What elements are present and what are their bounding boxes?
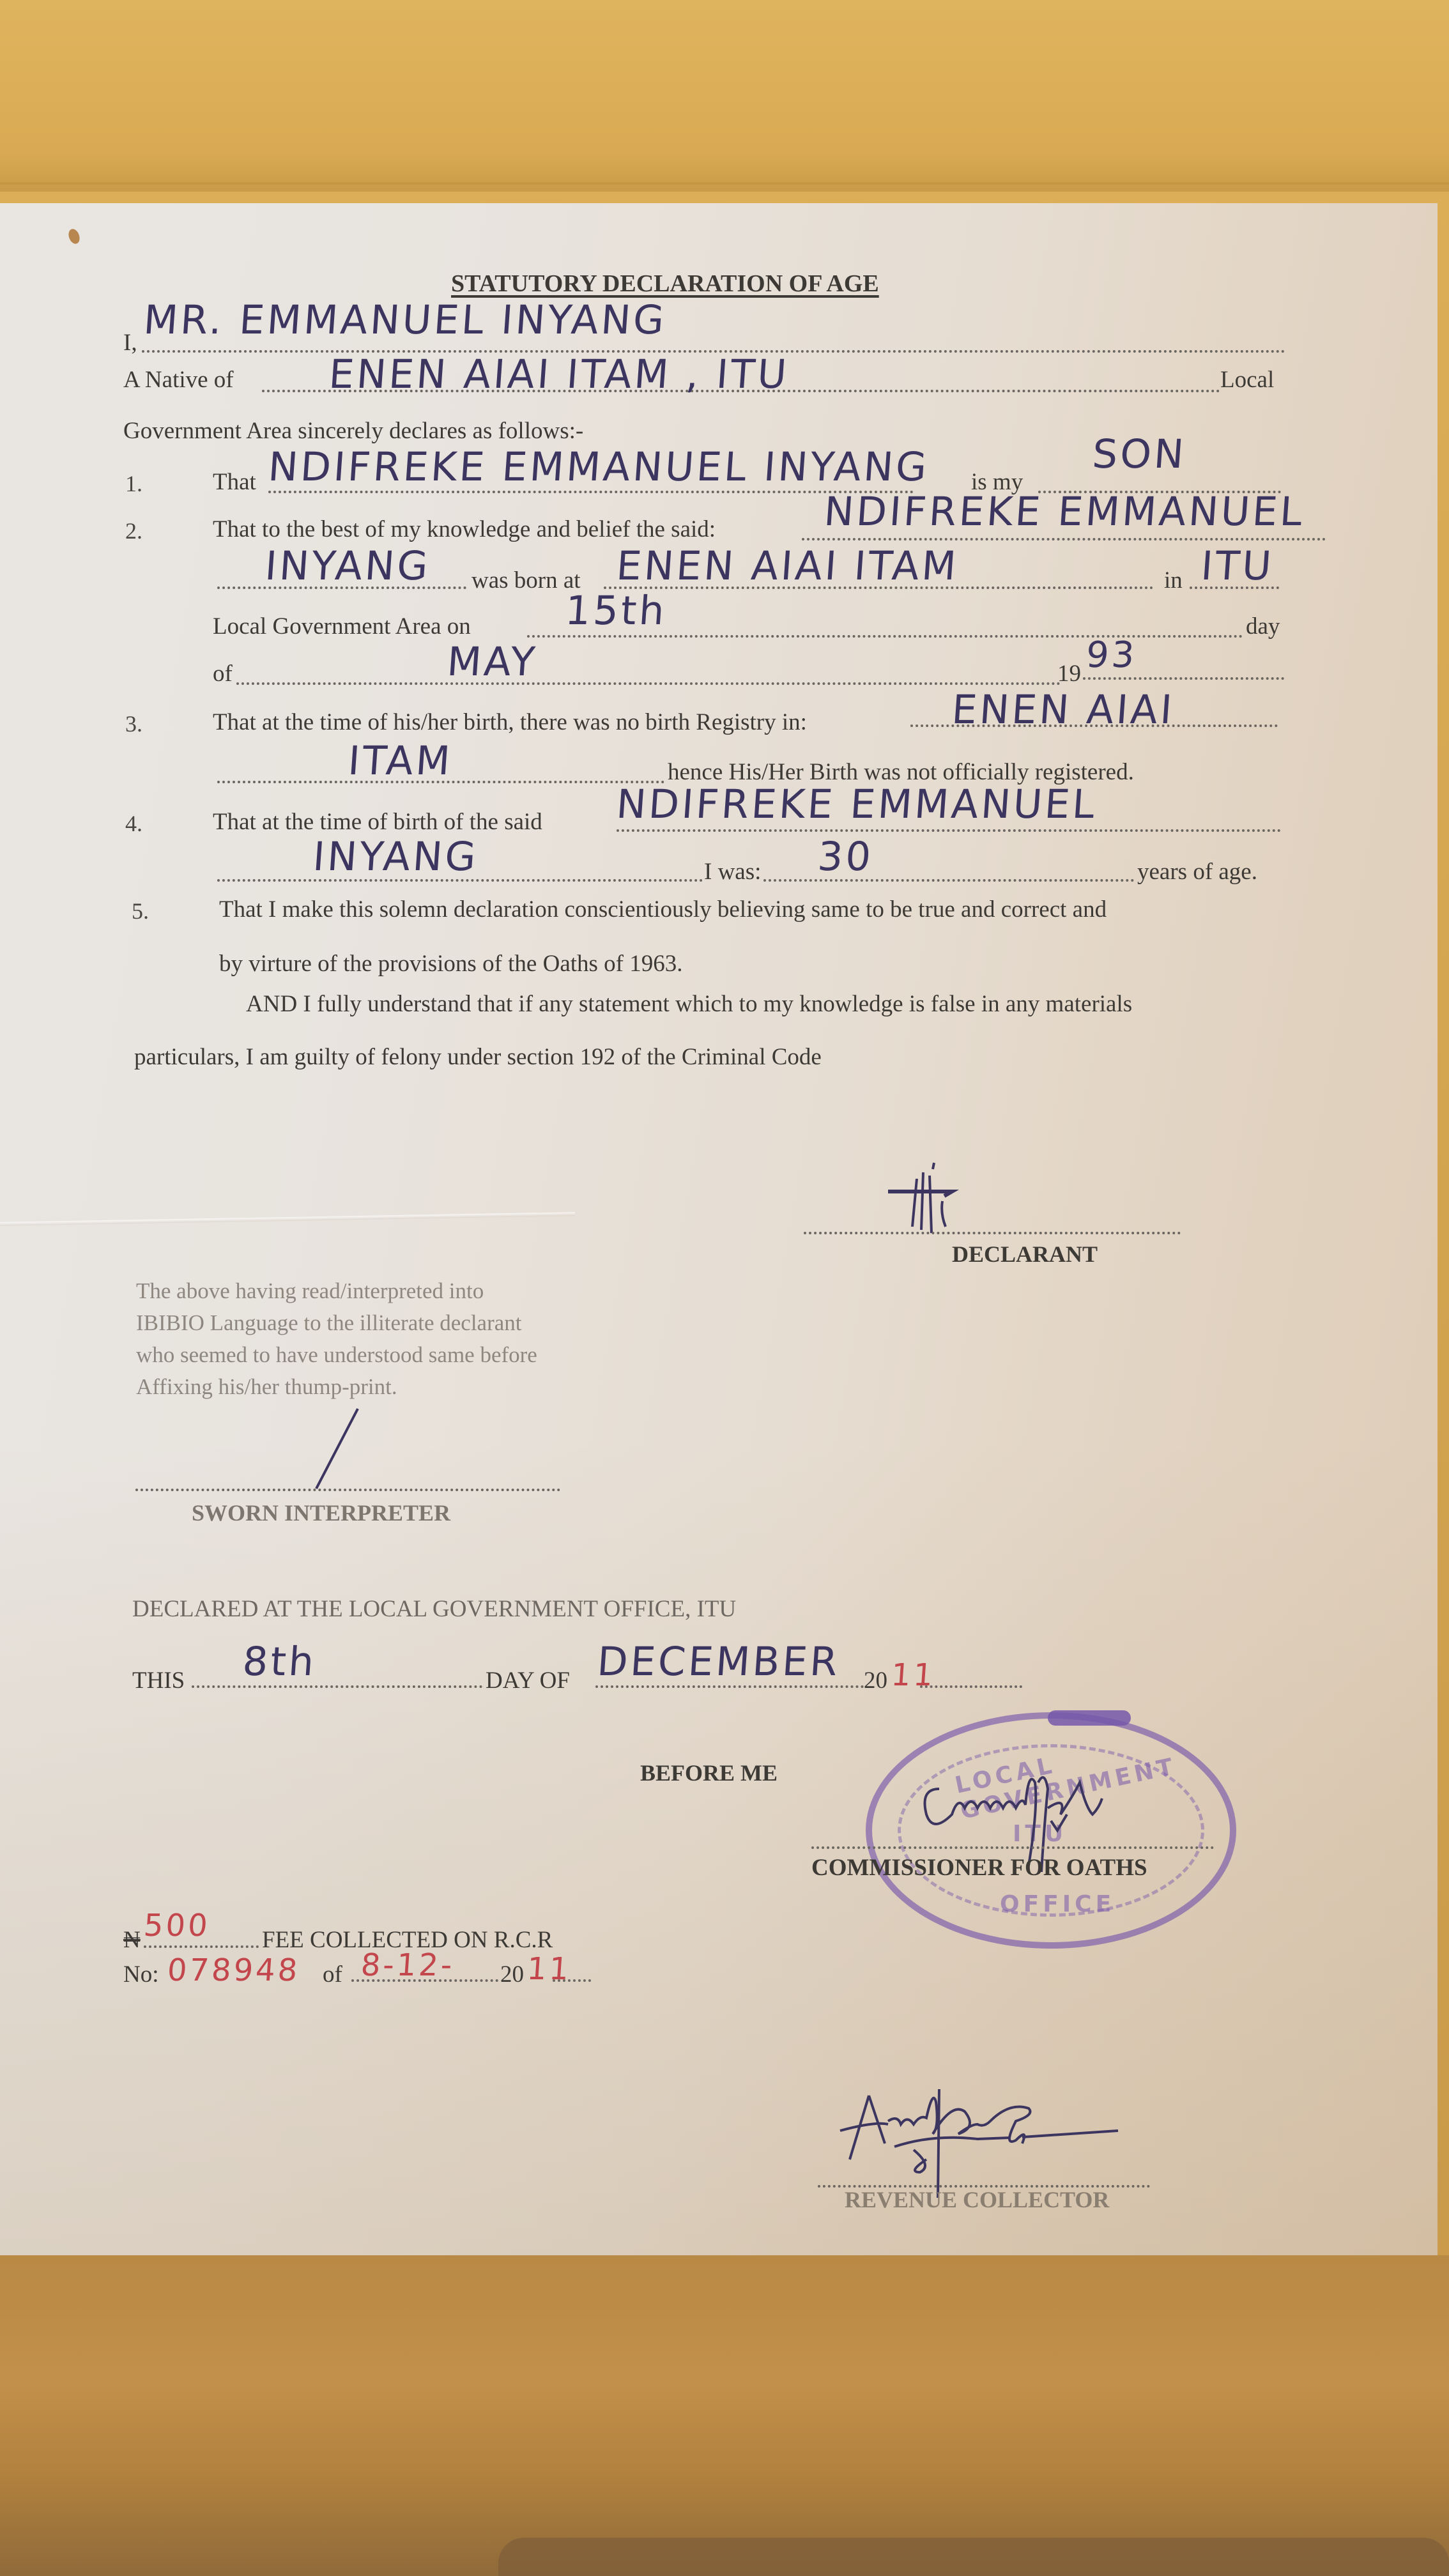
year-prefix: 19 [1057,662,1081,686]
receipt-no-label: No: [123,1963,159,1986]
said-name-field-part1[interactable]: NDIFREKE EMMANUEL [823,492,1306,532]
birth-day-field[interactable]: 15th [564,591,668,631]
envelope-background-top [0,0,1449,192]
interpreter-signature-line [135,1489,560,1491]
item-2-number: 2. [125,517,142,544]
i-was-label: I was: [704,860,761,884]
interpreter-note-line-1: The above having read/interpreted into [136,1280,484,1302]
declarant-signature-line [804,1232,1181,1234]
interpreter-note-line-2: IBIBIO Language to the illiterate declar… [136,1312,522,1334]
understand-line2: particulars, I am guilty of felony under… [134,1045,822,1069]
item4-said-name-field-part2[interactable]: INYANG [312,837,480,877]
interpreter-signature [281,1406,371,1495]
was-born-at-label: was born at [471,569,581,592]
item-5-number: 5. [132,898,149,924]
registry-place-field-part1[interactable]: ENEN AIAI [951,690,1176,730]
day-label: day [1246,615,1280,638]
receipt-of-label: of [323,1963,342,1986]
item-2-text: That to the best of my knowledge and bel… [213,517,716,541]
item-5-line2: by virture of the provisions of the Oath… [219,952,683,976]
item-4-number: 4. [125,810,142,837]
commissioner-signature-line [811,1846,1214,1849]
item-1-that: That [213,470,256,494]
stamp-ink-smudge [1048,1710,1131,1726]
in-label: in [1164,569,1183,592]
declared-at-text: DECLARED AT THE LOCAL GOVERNMENT OFFICE,… [132,1597,736,1621]
day-of-label: DAY OF [486,1669,570,1692]
declared-year-prefix: 20 [864,1669,887,1692]
fee-amount-field[interactable]: 500 [142,1910,211,1941]
receipt-date-field[interactable]: 8-12- [360,1950,456,1981]
government-area-line: Government Area sincerely declares as fo… [123,419,583,443]
envelope-background-bottom [0,2255,1449,2576]
envelope-flap-edge [0,182,1449,185]
declarant-label: DECLARANT [952,1243,1098,1266]
lga-field[interactable]: ITU [1200,546,1275,586]
item-3-text: That at the time of his/her birth, there… [213,710,807,734]
item-3-number: 3. [125,710,142,737]
native-of-label: A Native of [123,368,234,392]
item-4-text: That at the time of birth of the said [213,810,542,834]
interpreter-note-line-4: Affixing his/her thump-print. [136,1376,397,1398]
age-field[interactable]: 30 [816,837,875,877]
native-of-field[interactable]: ENEN AIAI ITAM , ITU [328,355,790,394]
receipt-number-field[interactable]: 078948 [166,1955,301,1986]
local-label: Local [1220,368,1274,392]
receipt-year-prefix: 20 [500,1963,524,1986]
interpreter-note-line-3: who seemed to have understood same befor… [136,1344,537,1366]
page-title: STATUTORY DECLARATION OF AGE [451,270,879,298]
intro-prefix: I, [123,331,137,355]
birth-place-field[interactable]: ENEN AIAI ITAM [615,546,960,586]
birth-year-field[interactable]: 93 [1085,638,1138,673]
lga-on-label: Local Government Area on [213,615,471,638]
said-name-field-part2[interactable]: INYANG [264,546,432,586]
item-5-line1: That I make this solemn declaration cons… [219,898,1107,921]
registry-place-field-part2[interactable]: ITAM [347,741,454,781]
before-me-label: BEFORE ME [640,1761,778,1784]
declared-day-field[interactable]: 8th [241,1642,318,1682]
item4-said-name-field-part1[interactable]: NDIFREKE EMMANUEL [615,785,1098,824]
birth-month-field[interactable]: MAY [446,642,539,682]
currency-symbol: ₦ [123,1928,141,1952]
stamp-bottom-text: OFFICE [1000,1891,1115,1917]
understand-line1: AND I fully understand that if any state… [246,992,1132,1016]
item-1-number: 1. [125,470,142,497]
declarant-thumbmark-signature [882,1163,1048,1239]
years-of-age-label: years of age. [1137,860,1257,884]
revenue-collector-signature [837,2089,1144,2198]
declarant-name-field[interactable]: MR. EMMANUEL INYANG [142,300,668,340]
relation-field[interactable]: SON [1091,434,1188,474]
sworn-interpreter-label: SWORN INTERPRETER [192,1501,450,1524]
this-label: THIS [132,1669,185,1692]
child-name-field[interactable]: NDIFREKE EMMANUEL INYANG [267,447,931,487]
commissioner-for-oaths-label: COMMISSIONER FOR OATHS [811,1856,1147,1880]
revenue-collector-label: REVENUE COLLECTOR [845,2188,1109,2211]
declared-month-field[interactable]: DECEMBER [596,1642,841,1682]
of-label: of [213,662,233,686]
